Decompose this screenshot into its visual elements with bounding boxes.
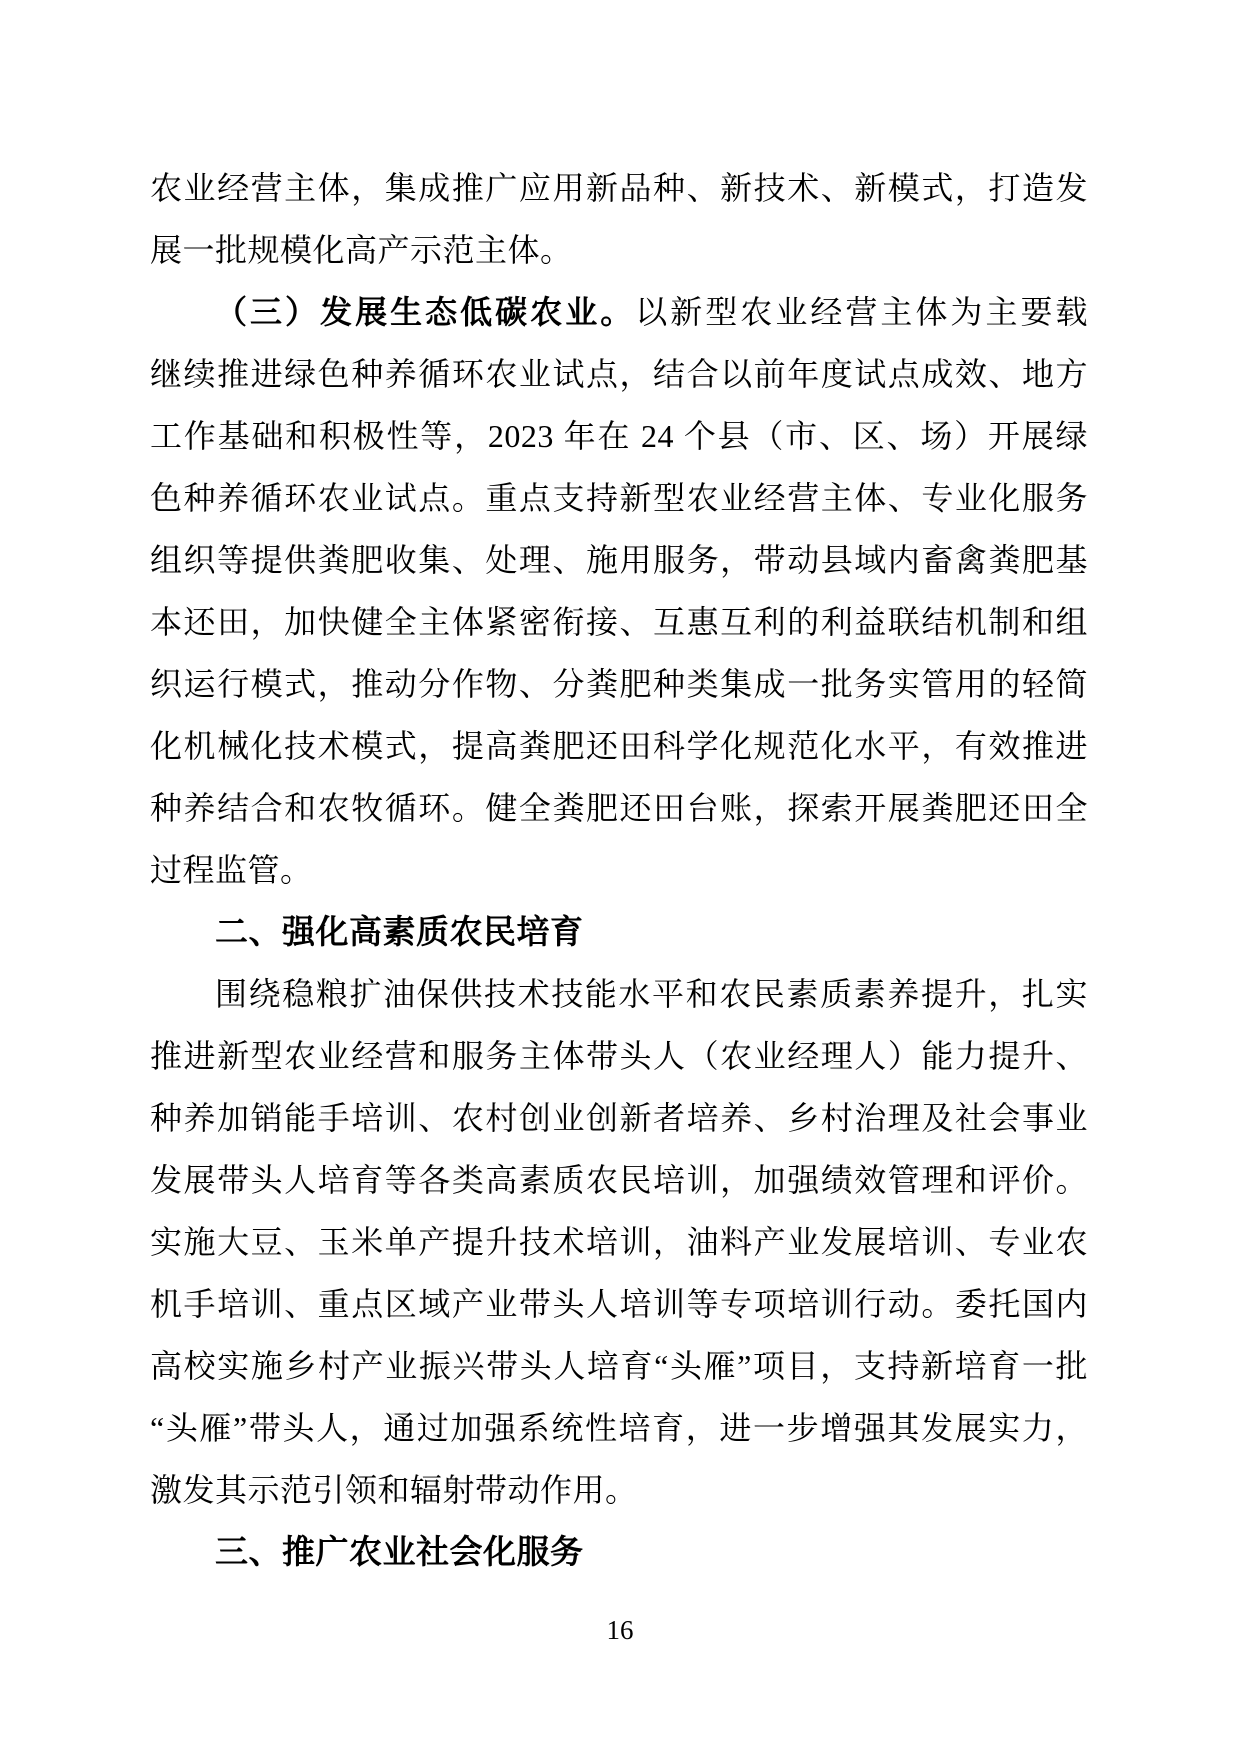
text-segment: 围绕稳粮扩油保供技术技能水平和农民素质素养提升，扎实 xyxy=(215,976,1088,1012)
text-line: 实施大豆、玉米单产提升技术培训，油料产业发展培训、专业农 xyxy=(150,1211,1088,1273)
text-segment: 工作基础和积极性等，2023 年在 24 个县（市、区、场）开展绿 xyxy=(150,418,1088,454)
text-segment: 发展带头人培育等各类高素质农民培训，加强绩效管理和评价。 xyxy=(150,1162,1088,1198)
text-segment: 继续推进绿色种养循环农业试点，结合以前年度试点成效、地方 xyxy=(150,356,1088,392)
document-body: 农业经营主体，集成推广应用新品种、新技术、新模式，打造发展一批规模化高产示范主体… xyxy=(150,157,1088,1583)
text-segment: 织运行模式，推动分作物、分粪肥种类集成一批务实管用的轻简 xyxy=(150,666,1088,702)
text-segment: 农业经营主体，集成推广应用新品种、新技术、新模式，打造发 xyxy=(150,170,1088,206)
text-line: 过程监管。 xyxy=(150,839,1088,901)
text-segment: 激发其示范引领和辐射带动作用。 xyxy=(150,1472,638,1508)
section-heading: 三、推广农业社会化服务 xyxy=(150,1521,1088,1583)
text-segment: 种养结合和农牧循环。健全粪肥还田台账，探索开展粪肥还田全 xyxy=(150,790,1088,826)
text-line: “头雁”带头人，通过加强系统性培育，进一步增强其发展实力， xyxy=(150,1397,1088,1459)
text-segment: “头雁”带头人，通过加强系统性培育，进一步增强其发展实力， xyxy=(150,1410,1088,1446)
text-line: 本还田，加快健全主体紧密衔接、互惠互利的利益联结机制和组 xyxy=(150,591,1088,653)
text-line: 发展带头人培育等各类高素质农民培训，加强绩效管理和评价。 xyxy=(150,1149,1088,1211)
text-segment: 实施大豆、玉米单产提升技术培训，油料产业发展培训、专业农 xyxy=(150,1224,1088,1260)
text-line: 高校实施乡村产业振兴带头人培育“头雁”项目，支持新培育一批 xyxy=(150,1335,1088,1397)
text-line: 种养加销能手培训、农村创业创新者培养、乡村治理及社会事业 xyxy=(150,1087,1088,1149)
text-segment: 二、强化高素质农民培育 xyxy=(215,913,584,950)
text-line: 种养结合和农牧循环。健全粪肥还田台账，探索开展粪肥还田全 xyxy=(150,777,1088,839)
text-line: 展一批规模化高产示范主体。 xyxy=(150,219,1088,281)
text-segment: 高校实施乡村产业振兴带头人培育“头雁”项目，支持新培育一批 xyxy=(150,1348,1088,1384)
section-heading: 二、强化高素质农民培育 xyxy=(150,901,1088,963)
text-line: 织运行模式，推动分作物、分粪肥种类集成一批务实管用的轻简 xyxy=(150,653,1088,715)
text-segment: 本还田，加快健全主体紧密衔接、互惠互利的利益联结机制和组 xyxy=(150,604,1088,640)
page-number: 16 xyxy=(0,1610,1240,1650)
text-line: 组织等提供粪肥收集、处理、施用服务，带动县域内畜禽粪肥基 xyxy=(150,529,1088,591)
text-segment: 色种养循环农业试点。重点支持新型农业经营主体、专业化服务 xyxy=(150,480,1088,516)
text-segment: 展一批规模化高产示范主体。 xyxy=(150,232,573,268)
text-line: 推进新型农业经营和服务主体带头人（农业经理人）能力提升、 xyxy=(150,1025,1088,1087)
text-segment: 推进新型农业经营和服务主体带头人（农业经理人）能力提升、 xyxy=(150,1038,1088,1074)
text-line: 激发其示范引领和辐射带动作用。 xyxy=(150,1459,1088,1521)
text-segment: 过程监管。 xyxy=(150,852,313,888)
document-page: 农业经营主体，集成推广应用新品种、新技术、新模式，打造发展一批规模化高产示范主体… xyxy=(0,0,1240,1754)
text-segment: 化机械化技术模式，提高粪肥还田科学化规范化水平，有效推进 xyxy=(150,728,1088,764)
text-line: 围绕稳粮扩油保供技术技能水平和农民素质素养提升，扎实 xyxy=(150,963,1088,1025)
text-line: 化机械化技术模式，提高粪肥还田科学化规范化水平，有效推进 xyxy=(150,715,1088,777)
text-line: 工作基础和积极性等，2023 年在 24 个县（市、区、场）开展绿 xyxy=(150,405,1088,467)
text-line: 色种养循环农业试点。重点支持新型农业经营主体、专业化服务 xyxy=(150,467,1088,529)
text-line: （三）发展生态低碳农业。以新型农业经营主体为主要载体， xyxy=(150,281,1088,343)
text-line: 机手培训、重点区域产业带头人培训等专项培训行动。委托国内 xyxy=(150,1273,1088,1335)
text-segment: 种养加销能手培训、农村创业创新者培养、乡村治理及社会事业 xyxy=(150,1100,1088,1136)
text-segment: 三、推广农业社会化服务 xyxy=(215,1533,584,1570)
bold-text-segment: （三）发展生态低碳农业。 xyxy=(215,294,635,330)
text-line: 继续推进绿色种养循环农业试点，结合以前年度试点成效、地方 xyxy=(150,343,1088,405)
text-line: 农业经营主体，集成推广应用新品种、新技术、新模式，打造发 xyxy=(150,157,1088,219)
text-segment: 机手培训、重点区域产业带头人培训等专项培训行动。委托国内 xyxy=(150,1286,1088,1322)
text-segment: 组织等提供粪肥收集、处理、施用服务，带动县域内畜禽粪肥基 xyxy=(150,542,1088,578)
